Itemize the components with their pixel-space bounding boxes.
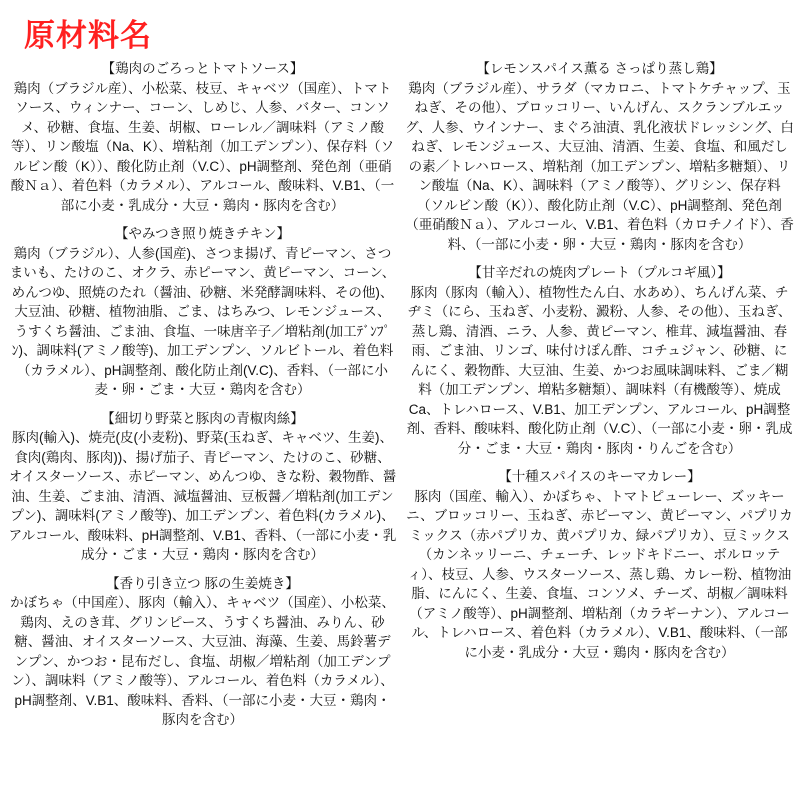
section-title: 【やみつき照り焼きチキン】 [8,224,397,244]
section-body: かぼちゃ（中国産）、豚肉（輸入）、キャベツ（国産）、小松菜、鶏肉、えのき茸、グリ… [8,593,397,730]
section-title: 【香り引き立つ 豚の生姜焼き】 [8,574,397,594]
column-left: 【鶏肉のごろっとトマトソース】 鶏肉（ブラジル産）、小松菜、枝豆、キャベツ（国産… [8,59,397,739]
section-keema-curry: 【十種スパイスのキーマカレー】 豚肉（国産、輸入）、かぼちゃ、トマトピューレー、… [405,467,794,662]
section-body: 鶏肉（ブラジル産）、小松菜、枝豆、キャベツ（国産）、トマトソース、ウィンナー、コ… [8,79,397,216]
column-right: 【レモンスパイス薫る さっぱり蒸し鶏】 鶏肉（ブラジル産）、サラダ（マカロニ、ト… [405,59,794,671]
section-body: 鶏肉（ブラジル）、人参(国産)、さつま揚げ、青ピーマン、さつまいも、たけのこ、オ… [8,244,397,400]
section-body: 豚肉(輸入)、焼売(皮(小麦粉)、野菜(玉ねぎ、キャベツ、生姜)、食肉(鶏肉、豚… [8,428,397,565]
section-teriyaki-chicken: 【やみつき照り焼きチキン】 鶏肉（ブラジル）、人参(国産)、さつま揚げ、青ピーマ… [8,224,397,400]
section-title: 【十種スパイスのキーマカレー】 [405,467,794,487]
section-lemon-steamed-chicken: 【レモンスパイス薫る さっぱり蒸し鶏】 鶏肉（ブラジル産）、サラダ（マカロニ、ト… [405,59,794,254]
ingredients-page: 原材料名 【鶏肉のごろっとトマトソース】 鶏肉（ブラジル産）、小松菜、枝豆、キャ… [0,0,800,800]
section-title: 【鶏肉のごろっとトマトソース】 [8,59,397,79]
section-body: 豚肉（国産、輸入）、かぼちゃ、トマトピューレー、ズッキーニ、ブロッコリー、玉ねぎ… [405,487,794,663]
section-title: 【レモンスパイス薫る さっぱり蒸し鶏】 [405,59,794,79]
section-chinjao-rosu: 【細切り野菜と豚肉の青椒肉絲】 豚肉(輸入)、焼売(皮(小麦粉)、野菜(玉ねぎ、… [8,409,397,565]
section-title: 【甘辛だれの焼肉プレート（プルコギ風）】 [405,263,794,283]
section-title: 【細切り野菜と豚肉の青椒肉絲】 [8,409,397,429]
section-body: 鶏肉（ブラジル産）、サラダ（マカロニ、トマトケチャップ、玉ねぎ、その他）、ブロッ… [405,79,794,255]
section-tomato-chicken: 【鶏肉のごろっとトマトソース】 鶏肉（ブラジル産）、小松菜、枝豆、キャベツ（国産… [8,59,397,215]
section-body: 豚肉（豚肉（輸入）、植物性たん白、水あめ）、ちんげん菜、チヂミ（にら、玉ねぎ、小… [405,283,794,459]
ingredient-columns: 【鶏肉のごろっとトマトソース】 鶏肉（ブラジル産）、小松菜、枝豆、キャベツ（国産… [8,59,794,739]
page-title: 原材料名 [24,10,794,55]
section-bulgogi-plate: 【甘辛だれの焼肉プレート（プルコギ風）】 豚肉（豚肉（輸入）、植物性たん白、水あ… [405,263,794,458]
section-ginger-pork: 【香り引き立つ 豚の生姜焼き】 かぼちゃ（中国産）、豚肉（輸入）、キャベツ（国産… [8,574,397,730]
